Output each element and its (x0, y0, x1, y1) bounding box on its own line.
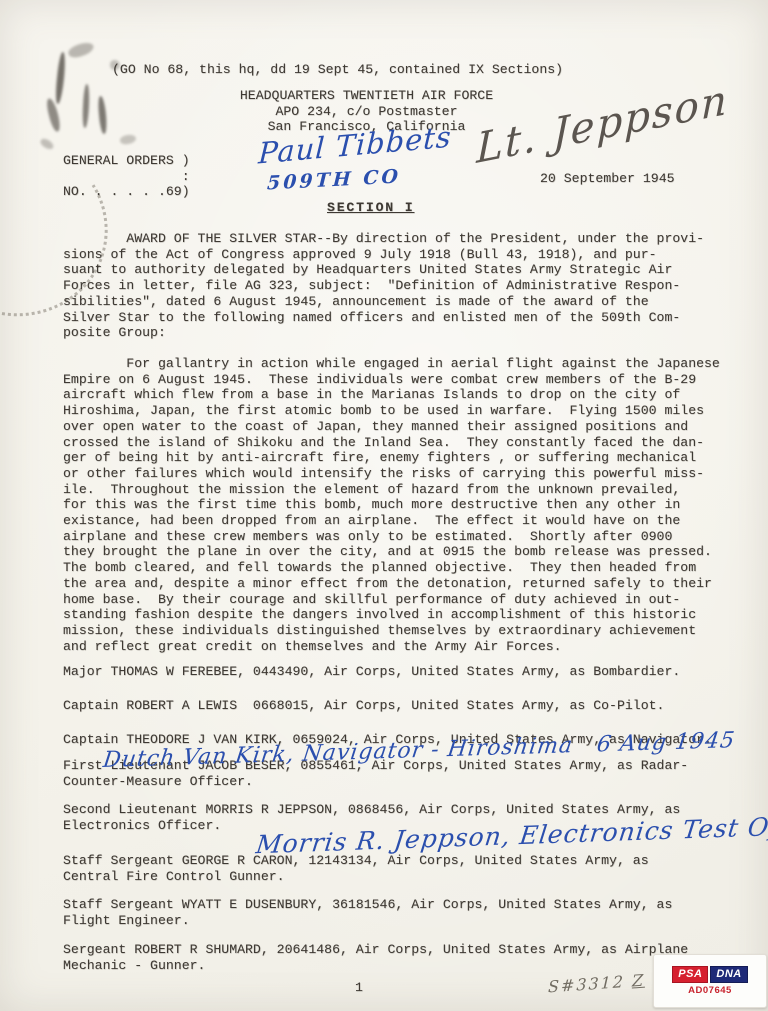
text-line: mission, these individuals distinguished… (63, 623, 720, 639)
text-line: home base. By their courage and skillful… (63, 592, 720, 608)
text-line: Sergeant ROBERT R SHUMARD, 20641486, Air… (63, 942, 688, 958)
text-line: Hiroshima, Japan, the first atomic bomb … (63, 403, 720, 419)
text-line: Forces in letter, file AG 323, subject: … (63, 278, 704, 294)
text-line: aircraft which flew from a base in the M… (63, 387, 720, 403)
ink-smudge (67, 40, 96, 60)
text-line: AWARD OF THE SILVER STAR--By direction o… (63, 231, 704, 247)
text-line: Flight Engineer. (63, 913, 672, 929)
text-line: and reflect great credit on themselves a… (63, 639, 720, 655)
text-line: Central Fire Control Gunner. (63, 869, 649, 885)
text-line: Major THOMAS W FEREBEE, 0443490, Air Cor… (63, 664, 680, 680)
text-line: ile. Throughout the mission the element … (63, 482, 720, 498)
text-line: Mechanic - Gunner. (63, 958, 688, 974)
crew-entry-shumard: Sergeant ROBERT R SHUMARD, 20641486, Air… (63, 942, 688, 973)
text-line: or other failures which would intensify … (63, 466, 720, 482)
text-line: Silver Star to the following named offic… (63, 310, 704, 326)
text-line: The bomb cleared, and fell towards the p… (63, 560, 720, 576)
psa-logo-box: PSA (672, 966, 708, 983)
text-line: Empire on 6 August 1945. These individua… (63, 372, 720, 388)
text-line: ger of being hit by anti-aircraft fire, … (63, 450, 720, 466)
text-line: crossed the island of Shikoku and the In… (63, 435, 720, 451)
go-reference-note: (GO No 68, this hq, dd 19 Sept 45, conta… (112, 62, 563, 78)
tibbets-unit-note: 509TH CO (267, 165, 402, 194)
document-page: (GO No 68, this hq, dd 19 Sept 45, conta… (0, 0, 768, 1011)
text-line: for this was the first time this bomb, m… (63, 497, 720, 513)
text-line: Captain ROBERT A LEWIS 0668015, Air Corp… (63, 698, 664, 714)
psa-dna-logo: PSA DNA (672, 966, 747, 983)
crew-entry-ferebee: Major THOMAS W FEREBEE, 0443490, Air Cor… (63, 664, 680, 680)
page-number: 1 (355, 980, 363, 996)
dna-logo-box: DNA (710, 966, 747, 983)
text-line: Counter-Measure Officer. (63, 774, 688, 790)
text-line: sions of the Act of Congress approved 9 … (63, 247, 704, 263)
citation-paragraph: For gallantry in action while engaged in… (63, 356, 720, 654)
crew-entry-caron: Staff Sergeant GEORGE R CARON, 12143134,… (63, 853, 649, 884)
text-line: Staff Sergeant WYATT E DUSENBURY, 361815… (63, 897, 672, 913)
crew-entry-lewis: Captain ROBERT A LEWIS 0668015, Air Corp… (63, 698, 664, 714)
text-line: over open water to the coast of Japan, t… (63, 419, 720, 435)
pencil-notation: S#3312 Z (548, 971, 646, 997)
text-line: they brought the plane in over the city,… (63, 544, 720, 560)
text-line: : (63, 169, 190, 185)
text-line: the area and, despite a minor effect fro… (63, 576, 720, 592)
text-line: suant to authority delegated by Headquar… (63, 262, 704, 278)
pencil-notation-text: S#3312 (548, 972, 626, 996)
text-line: GENERAL ORDERS ) (63, 153, 190, 169)
text-line: standing fashion despite the dangers inv… (63, 607, 720, 623)
section-heading: SECTION I (327, 200, 414, 216)
cert-number: AD07645 (688, 985, 732, 996)
crew-entry-dusenbury: Staff Sergeant WYATT E DUSENBURY, 361815… (63, 897, 672, 928)
text-line: For gallantry in action while engaged in… (63, 356, 720, 372)
issue-date: 20 September 1945 (540, 171, 675, 187)
text-line: Second Lieutenant MORRIS R JEPPSON, 0868… (63, 802, 680, 818)
text-line: posite Group: (63, 325, 704, 341)
psa-dna-sticker: PSA DNA AD07645 (653, 954, 767, 1008)
text-line: sibilities", dated 6 August 1945, announ… (63, 294, 704, 310)
general-orders-block: GENERAL ORDERS ) :NO. . . . . .69) (63, 153, 190, 200)
text-line: airplane and these crew members was only… (63, 529, 720, 545)
award-paragraph: AWARD OF THE SILVER STAR--By direction o… (63, 231, 704, 341)
ink-smudge (119, 133, 137, 145)
text-line: NO. . . . . .69) (63, 184, 190, 200)
pencil-notation-suffix: Z (632, 971, 646, 991)
text-line: existance, had been dropped from an airp… (63, 513, 720, 529)
